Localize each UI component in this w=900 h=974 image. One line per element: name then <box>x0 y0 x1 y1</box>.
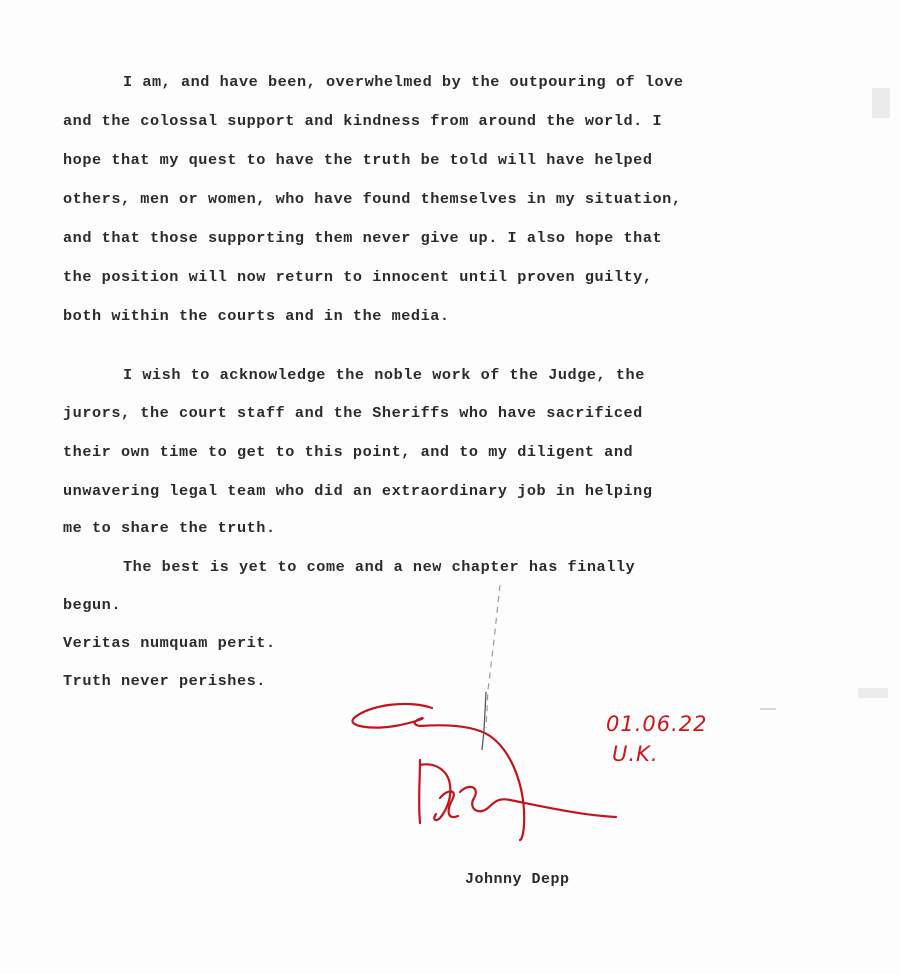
closing-english: Truth never perishes. <box>63 672 266 690</box>
scan-speck <box>760 708 776 710</box>
typed-letter-page: I am, and have been, overwhelmed by the … <box>0 0 900 974</box>
paragraph-1-line-3: hope that my quest to have the truth be … <box>63 151 653 169</box>
paragraph-3-line-1: The best is yet to come and a new chapte… <box>123 558 635 576</box>
paragraph-1-line-2: and the colossal support and kindness fr… <box>63 112 662 130</box>
handwritten-place: U.K. <box>612 742 659 766</box>
paragraph-1-line-4: others, men or women, who have found the… <box>63 190 682 208</box>
handwritten-signature <box>340 690 640 860</box>
paragraph-1-line-7: both within the courts and in the media. <box>63 307 450 325</box>
paragraph-1-line-1: I am, and have been, overwhelmed by the … <box>123 73 684 91</box>
paragraph-3-line-2: begun. <box>63 596 121 614</box>
closing-latin: Veritas numquam perit. <box>63 634 276 652</box>
scan-speck <box>872 88 890 118</box>
paragraph-2-line-1: I wish to acknowledge the noble work of … <box>123 366 645 384</box>
paragraph-2-line-5: me to share the truth. <box>63 519 276 537</box>
handwritten-date: 01.06.22 <box>606 712 708 736</box>
paragraph-2-line-4: unwavering legal team who did an extraor… <box>63 482 653 500</box>
signatory-name: Johnny Depp <box>465 871 570 888</box>
paragraph-1-line-6: the position will now return to innocent… <box>63 268 653 286</box>
paragraph-2-line-3: their own time to get to this point, and… <box>63 443 633 461</box>
scan-speck <box>858 688 888 698</box>
paragraph-2-line-2: jurors, the court staff and the Sheriffs… <box>63 404 643 422</box>
paragraph-1-line-5: and that those supporting them never giv… <box>63 229 662 247</box>
